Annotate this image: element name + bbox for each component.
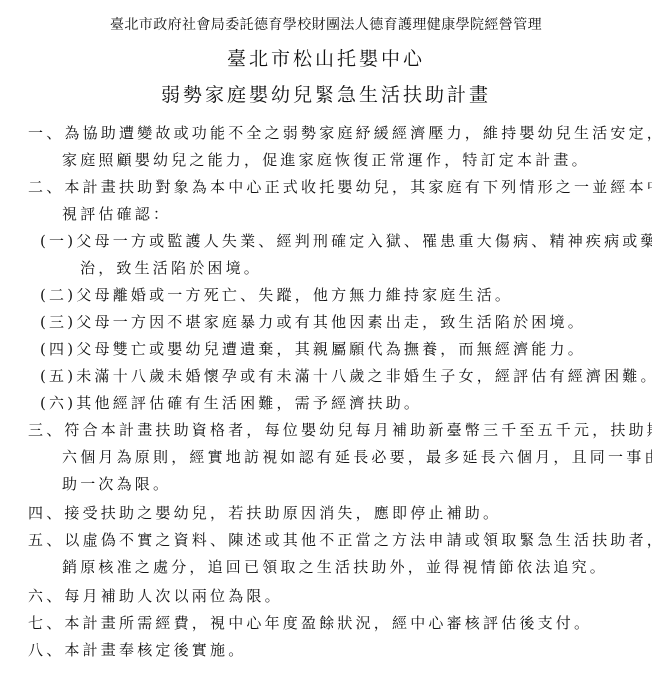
section-line: 八、本計畫奉核定後實施。 [0,637,652,664]
subitem-4: (四)父母雙亡或嬰幼兒遭遺棄，其親屬願代為撫養，而無經濟能力。 [0,336,652,363]
subitem-line: (三)父母一方因不堪家庭暴力或有其他因素出走，致生活陷於困境。 [0,309,652,336]
section-1: 一、為協助遭變故或功能不全之弱勢家庭紓緩經濟壓力，維持嬰幼兒生活安定，提昇 家庭… [0,120,652,174]
subitem-6: (六)其他經評估確有生活困難，需予經濟扶助。 [0,390,652,417]
subitem-line: (五)未滿十八歲未婚懷孕或有未滿十八歲之非婚生子女，經評估有經濟困難。 [0,363,652,390]
section-8: 八、本計畫奉核定後實施。 [0,637,652,664]
section-line: 六個月為原則，經實地訪視如認有延長必要，最多延長六個月，且同一事由以補 [0,444,652,471]
section-3: 三、符合本計畫扶助資格者，每位嬰幼兒每月補助新臺幣三千至五千元，扶助期間以 六個… [0,417,652,498]
subitem-2: (二)父母離婚或一方死亡、失蹤，他方無力維持家庭生活。 [0,282,652,309]
subitem-line: (二)父母離婚或一方死亡、失蹤，他方無力維持家庭生活。 [0,282,652,309]
subitem-line: (四)父母雙亡或嬰幼兒遭遺棄，其親屬願代為撫養，而無經濟能力。 [0,336,652,363]
subitem-line: 治，致生活陷於困境。 [0,255,652,282]
section-line: 三、符合本計畫扶助資格者，每位嬰幼兒每月補助新臺幣三千至五千元，扶助期間以 [0,417,652,444]
section-line: 六、每月補助人次以兩位為限。 [0,583,652,610]
subitem-3: (三)父母一方因不堪家庭暴力或有其他因素出走，致生活陷於困境。 [0,309,652,336]
subitem-line: (六)其他經評估確有生活困難，需予經濟扶助。 [0,390,652,417]
section-line: 四、接受扶助之嬰幼兒，若扶助原因消失，應即停止補助。 [0,500,652,527]
section-line: 助一次為限。 [0,471,652,498]
subitem-line: (一)父母一方或監護人失業、經判刑確定入獄、罹患重大傷病、精神疾病或藥酒癮戒 [0,228,652,255]
subitem-5: (五)未滿十八歲未婚懷孕或有未滿十八歲之非婚生子女，經評估有經濟困難。 [0,363,652,390]
subitem-1: (一)父母一方或監護人失業、經判刑確定入獄、罹患重大傷病、精神疾病或藥酒癮戒 治… [0,228,652,282]
section-line: 一、為協助遭變故或功能不全之弱勢家庭紓緩經濟壓力，維持嬰幼兒生活安定，提昇 [0,120,652,147]
section-line: 二、本計畫扶助對象為本中心正式收托嬰幼兒，其家庭有下列情形之一並經本中心訪 [0,174,652,201]
section-line: 五、以虛偽不實之資料、陳述或其他不正當之方法申請或領取緊急生活扶助者，除撤 [0,527,652,554]
section-line: 七、本計畫所需經費，視中心年度盈餘狀況，經中心審核評估後支付。 [0,610,652,637]
center-name: 臺北市松山托嬰中心 [0,44,652,71]
section-2: 二、本計畫扶助對象為本中心正式收托嬰幼兒，其家庭有下列情形之一並經本中心訪 視評… [0,174,652,417]
section-line: 銷原核准之處分，追回已領取之生活扶助外，並得視情節依法追究。 [0,554,652,581]
section-4: 四、接受扶助之嬰幼兒，若扶助原因消失，應即停止補助。 [0,500,652,527]
section-line: 視評估確認： [0,201,652,228]
document-body: 一、為協助遭變故或功能不全之弱勢家庭紓緩經濟壓力，維持嬰幼兒生活安定，提昇 家庭… [0,120,652,664]
organization-line: 臺北市政府社會局委託德育學校財團法人德育護理健康學院經營管理 [0,14,652,34]
section-7: 七、本計畫所需經費，視中心年度盈餘狀況，經中心審核評估後支付。 [0,610,652,637]
section-5: 五、以虛偽不實之資料、陳述或其他不正當之方法申請或領取緊急生活扶助者，除撤 銷原… [0,527,652,581]
plan-title: 弱勢家庭嬰幼兒緊急生活扶助計畫 [0,80,652,107]
section-6: 六、每月補助人次以兩位為限。 [0,583,652,610]
section-line: 家庭照顧嬰幼兒之能力，促進家庭恢復正常運作，特訂定本計畫。 [0,147,652,174]
